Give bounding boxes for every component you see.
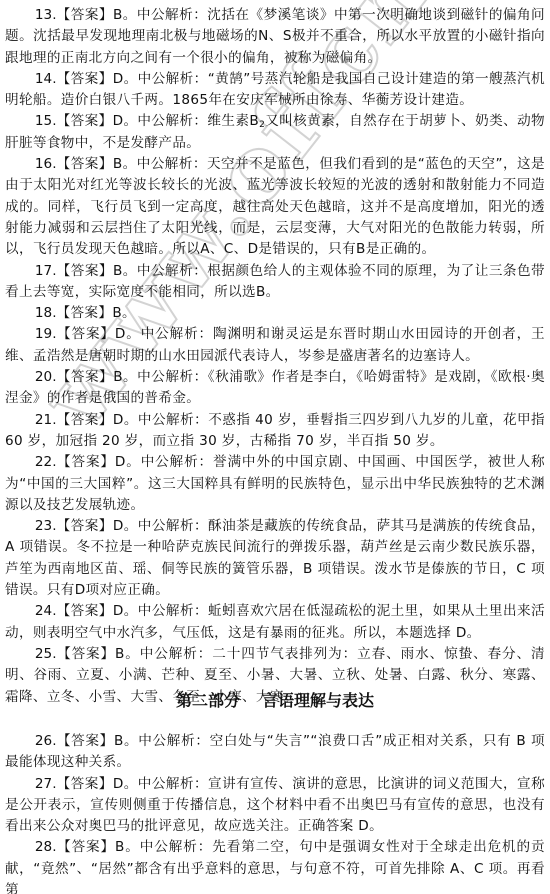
answer-letter: D	[113, 412, 124, 428]
item-number: 19.	[35, 326, 57, 342]
answer-item-14: 14.【答案】D。中公解析：“黄鹄”号蒸汽轮船是我国自己设计建造的第一艘蒸汽机明…	[5, 69, 545, 112]
answer-letter: B	[113, 156, 123, 172]
explanation-text: 。中公解析：维生素B	[123, 113, 259, 129]
answer-item-19: 19.【答案】D。中公解析：陶渊明和谢灵运是东晋时期山水田园诗的开创者，王维、孟…	[5, 324, 545, 367]
answer-letter: B	[112, 305, 122, 321]
answer-tag: 【答案】	[57, 326, 115, 342]
section-title: 言语理解与表达	[262, 691, 374, 710]
answer-tag: 【答案】	[57, 733, 114, 749]
answer-item-16: 16.【答案】B。中公解析：天空并不是蓝色，但我们看到的是“蓝色的天空”，这是由…	[5, 154, 545, 260]
answer-item-18: 18.【答案】B。	[5, 303, 545, 324]
item-number: 27.	[35, 776, 57, 792]
item-number: 21.	[35, 412, 57, 428]
answer-item-13: 13.【答案】B。中公解析：沈括在《梦溪笔谈》中第一次明确地谈到磁针的偏角问题。…	[5, 5, 545, 69]
answer-letter: D	[115, 326, 126, 342]
item-number: 28.	[35, 839, 57, 855]
answer-letter: D	[113, 113, 124, 129]
answer-letter: B	[113, 7, 123, 23]
answer-item-15: 15.【答案】D。中公解析：维生素B2又叫核黄素，自然存在于胡萝卜、奶类、动物肝…	[5, 111, 545, 154]
section-part-label: 第二部分	[176, 691, 240, 710]
item-number: 14.	[35, 71, 57, 87]
answer-tag: 【答案】	[57, 412, 113, 428]
answer-item-22: 22.【答案】D。中公解析：誉满中外的中国京剧、中国画、中国医学，被世人称为“中…	[5, 452, 545, 516]
document-page: www.offcn.com 13.【答案】B。中公解析：沈括在《梦溪笔谈》中第一…	[0, 0, 550, 894]
answer-letter: B	[113, 369, 123, 385]
answer-section-part1: 13.【答案】B。中公解析：沈括在《梦溪笔谈》中第一次明确地谈到磁针的偏角问题。…	[5, 5, 545, 708]
item-number: 13.	[35, 7, 57, 23]
section-heading: 第二部分言语理解与表达	[0, 688, 550, 711]
answer-letter: D	[113, 518, 124, 534]
answer-tag: 【答案】	[57, 839, 116, 855]
explanation-text: 。	[122, 305, 136, 321]
answer-item-27: 27.【答案】D。中公解析：宣讲有宣传、演讲的意思，比演讲的词义范围大，宣称是公…	[5, 774, 545, 838]
answer-item-24: 24.【答案】D。中公解析：蚯蚓喜欢穴居在低湿疏松的泥土里，如果从土里出来活动，…	[5, 601, 545, 644]
answer-letter: D	[115, 454, 126, 470]
answer-tag: 【答案】	[57, 305, 113, 321]
item-number: 17.	[35, 263, 57, 279]
answer-tag: 【答案】	[57, 518, 113, 534]
item-number: 15.	[35, 113, 57, 129]
answer-tag: 【答案】	[57, 113, 113, 129]
item-number: 26.	[35, 733, 57, 749]
item-number: 25.	[35, 646, 57, 662]
answer-item-17: 17.【答案】B。中公解析：根据颜色给人的主观体验不同的原理，为了让三条色带看上…	[5, 261, 545, 304]
item-number: 23.	[35, 518, 57, 534]
item-number: 16.	[35, 156, 57, 172]
answer-tag: 【答案】	[57, 776, 113, 792]
item-number: 20.	[35, 369, 57, 385]
answer-tag: 【答案】	[57, 369, 114, 385]
answer-letter: B	[114, 733, 124, 749]
answer-tag: 【答案】	[57, 263, 113, 279]
answer-letter: D	[113, 776, 124, 792]
answer-letter: B	[115, 839, 125, 855]
answer-item-28: 28.【答案】B。中公解析：先看第二空，句中是强调女性对于全球走出危机的贡献，“…	[5, 837, 545, 894]
answer-item-26: 26.【答案】B。中公解析：空白处与“失言”“浪费口舌”成正相对关系，只有 B …	[5, 731, 545, 774]
answer-item-20: 20.【答案】B。中公解析：《秋浦歌》作者是李白，《哈姆雷特》是戏剧，《欧根·奥…	[5, 367, 545, 410]
answer-item-23: 23.【答案】D。中公解析：酥油茶是藏族的传统食品，萨其马是满族的传统食品，A …	[5, 516, 545, 601]
answer-section-part2: 26.【答案】B。中公解析：空白处与“失言”“浪费口舌”成正相对关系，只有 B …	[5, 731, 545, 894]
item-number: 22.	[35, 454, 57, 470]
answer-letter: B	[113, 263, 123, 279]
answer-tag: 【答案】	[57, 71, 113, 87]
answer-letter: D	[113, 71, 124, 87]
item-number: 24.	[35, 603, 57, 619]
answer-tag: 【答案】	[57, 603, 113, 619]
item-number: 18.	[35, 305, 57, 321]
answer-letter: B	[115, 646, 125, 662]
answer-tag: 【答案】	[57, 156, 113, 172]
answer-tag: 【答案】	[57, 454, 115, 470]
answer-tag: 【答案】	[57, 646, 116, 662]
answer-tag: 【答案】	[57, 7, 113, 23]
answer-letter: D	[113, 603, 124, 619]
answer-item-21: 21.【答案】D。中公解析：不惑指 40 岁，垂髫指三四岁到八九岁的儿童，花甲指…	[5, 410, 545, 453]
